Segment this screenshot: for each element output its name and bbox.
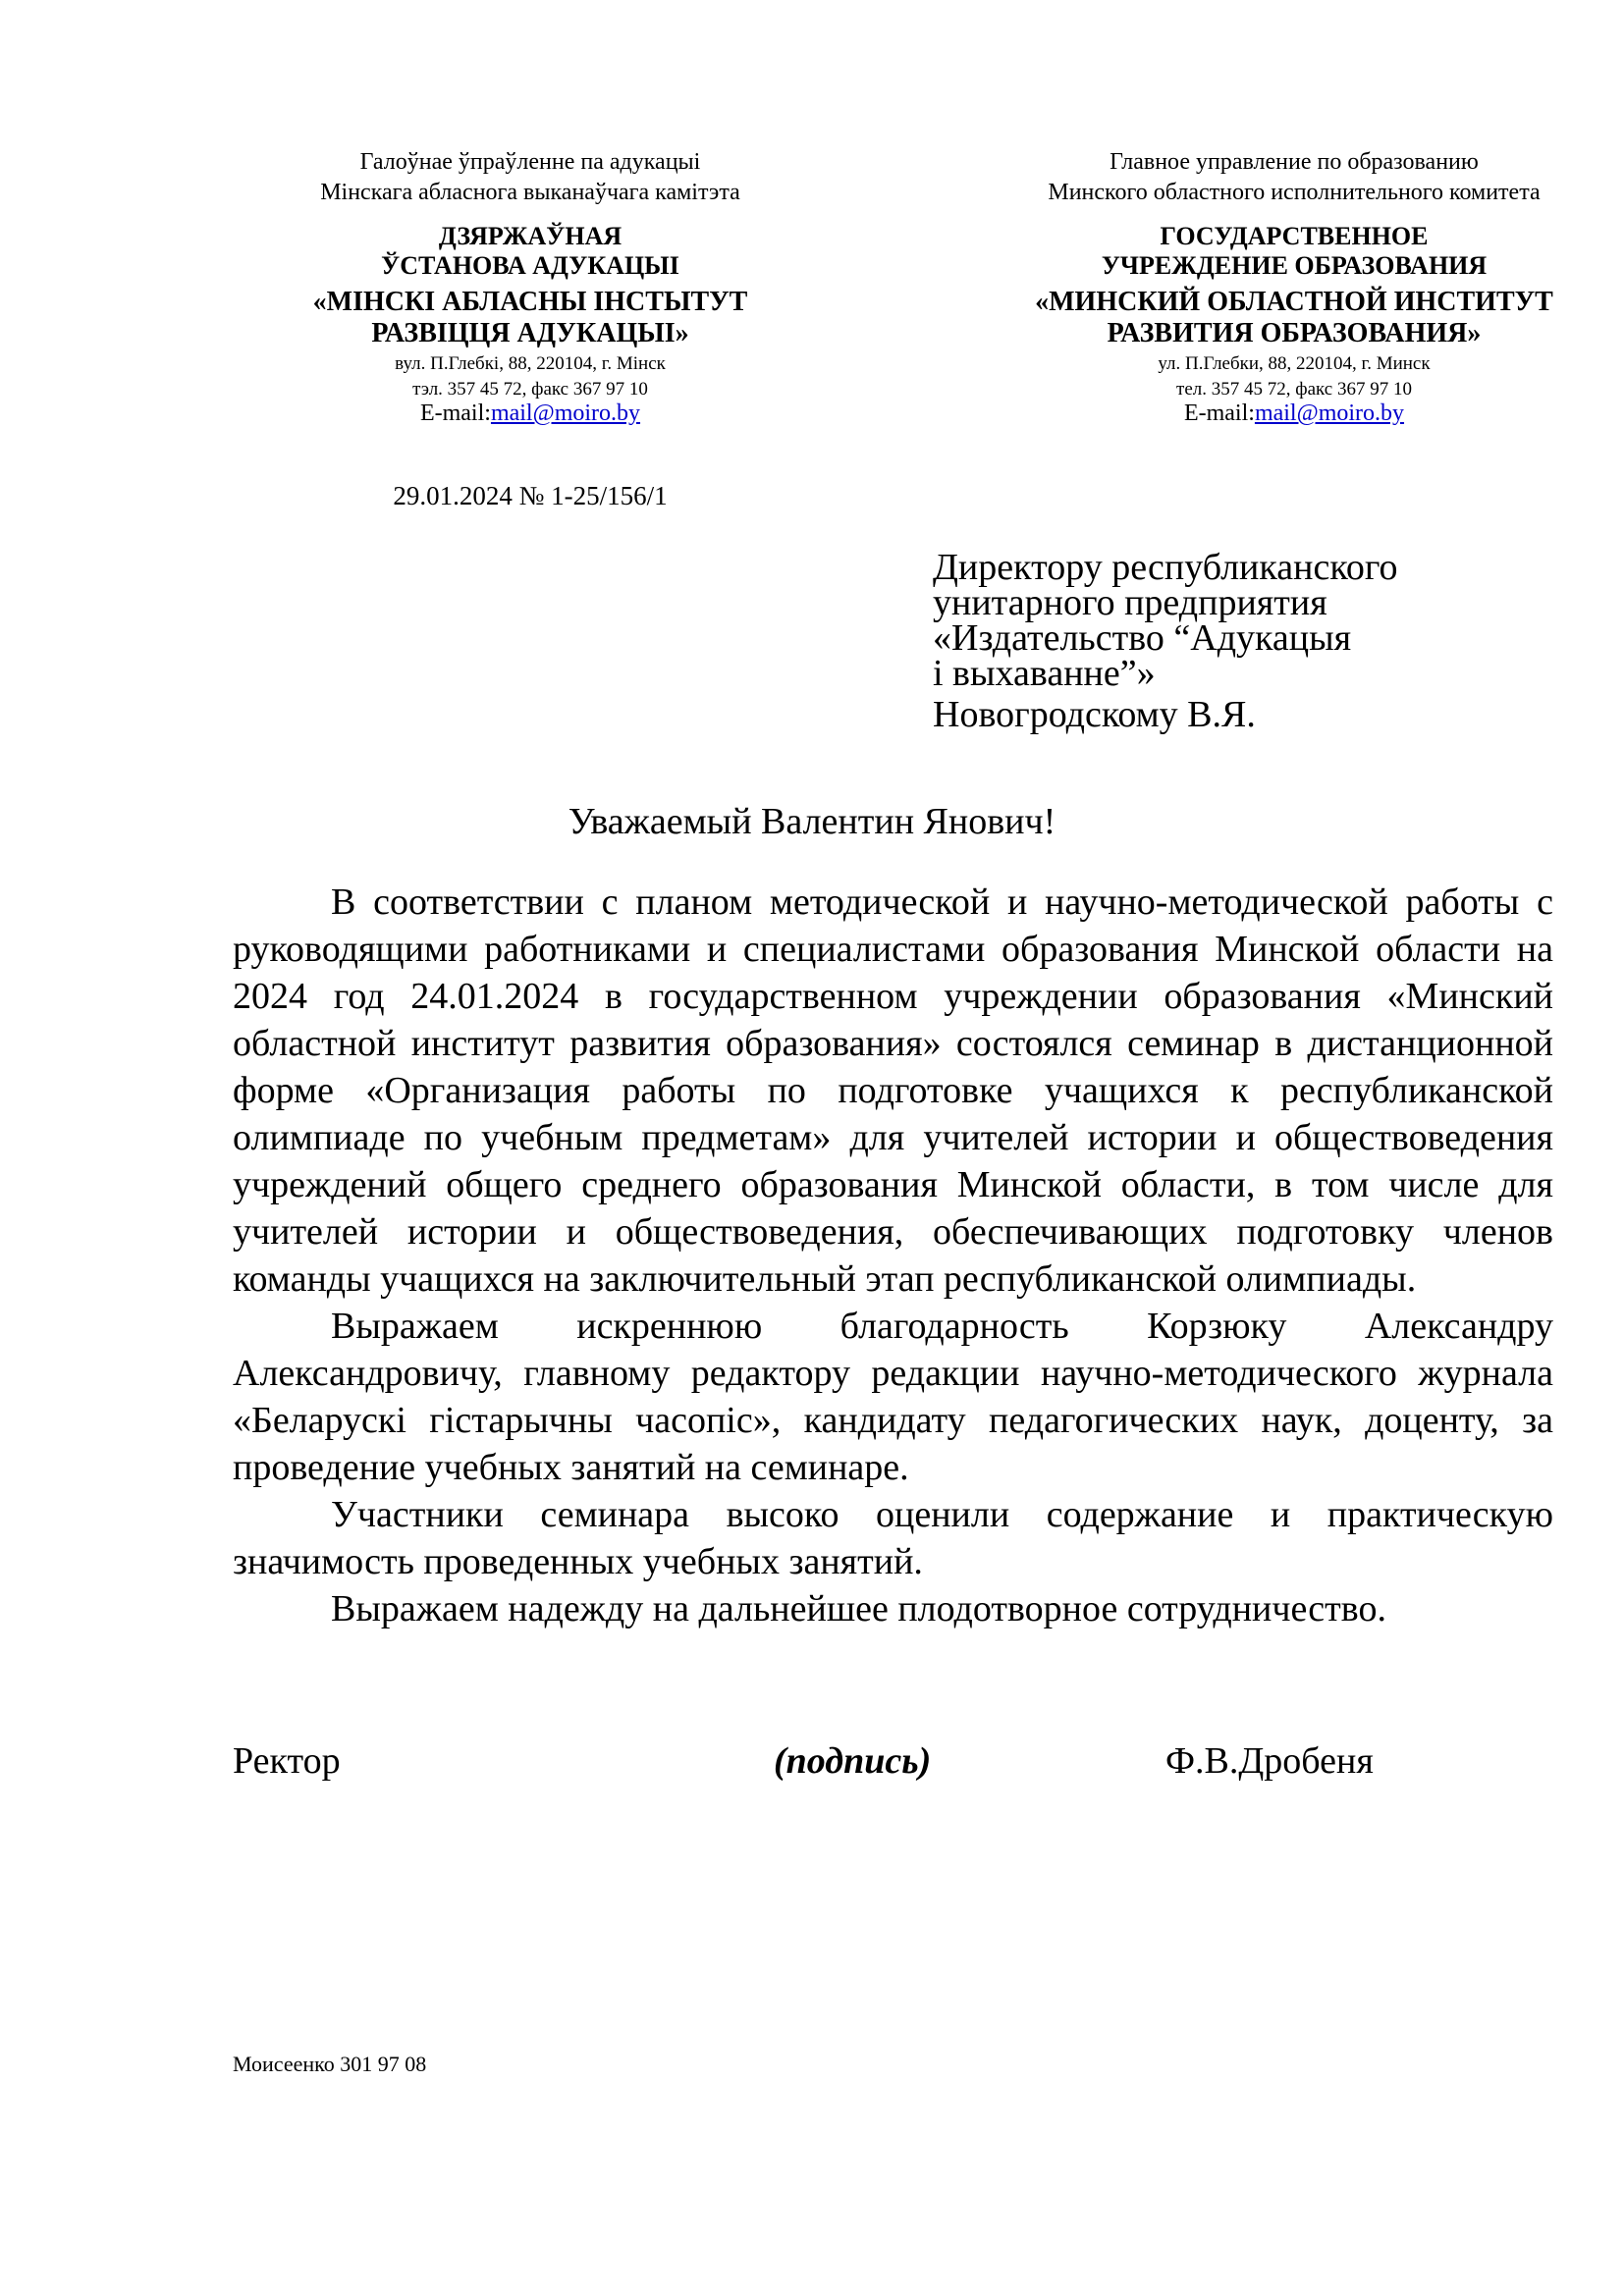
email-line-ru: E-mail:mail@moiro.by: [970, 400, 1618, 426]
addressee-block: Директору республиканского унитарного пр…: [933, 550, 1398, 732]
address-by: вул. П.Глебкі, 88, 220104, г. Мінск: [226, 353, 835, 375]
letterhead-russian: Главное управление по образованию Минско…: [970, 147, 1618, 426]
email-link[interactable]: mail@moiro.by: [491, 400, 640, 426]
institution-name-by: «МІНСКІ АБЛАСНЫ ІНСТЫТУТ РАЗВІЦЦЯ АДУКАЦ…: [226, 287, 835, 349]
signer-name: Ф.В.Дробеня: [1165, 1739, 1374, 1783]
body-paragraph: Участники семинара высоко оценили содерж…: [233, 1491, 1553, 1585]
addressee-name: Новогродскому В.Я.: [933, 697, 1398, 732]
salutation: Уважаемый Валентин Янович!: [0, 800, 1624, 843]
body-paragraph: Выражаем надежду на дальнейшее плодотвор…: [233, 1585, 1553, 1632]
email-label: E-mail:: [420, 400, 491, 426]
addressee-line: унитарного предприятия: [933, 585, 1398, 620]
address-ru: ул. П.Глебки, 88, 220104, г. Минск: [970, 353, 1618, 375]
phone-by: тэл. 357 45 72, факс 367 97 10: [226, 379, 835, 400]
addressee-line: Директору республиканского: [933, 550, 1398, 585]
institution-name-ru: «МИНСКИЙ ОБЛАСТНОЙ ИНСТИТУТ РАЗВИТИЯ ОБР…: [970, 287, 1618, 349]
authority-name-by: Галоўнае ўпраўленне па адукацыі Мінскага…: [226, 147, 835, 208]
addressee-line: і выхаванне”»: [933, 656, 1398, 691]
signature-placeholder: (подпись): [774, 1739, 931, 1783]
registration-number: 29.01.2024 № 1-25/156/1: [226, 481, 835, 511]
authority-name-ru: Главное управление по образованию Минско…: [970, 147, 1618, 208]
body-paragraph: Выражаем искреннюю благодарность Корзюку…: [233, 1303, 1553, 1491]
letterhead-belarusian: Галоўнае ўпраўленне па адукацыі Мінскага…: [226, 147, 835, 426]
body-paragraph: В соответствии с планом методической и н…: [233, 879, 1553, 1303]
letter-body: В соответствии с планом методической и н…: [233, 879, 1553, 1632]
email-label: E-mail:: [1184, 400, 1255, 426]
email-link[interactable]: mail@moiro.by: [1255, 400, 1404, 426]
phone-ru: тел. 357 45 72, факс 367 97 10: [970, 379, 1618, 400]
signer-position: Ректор: [233, 1739, 341, 1783]
institution-type-ru: ГОСУДАРСТВЕННОЕ УЧРЕЖДЕНИЕ ОБРАЗОВАНИЯ: [970, 222, 1618, 281]
email-line-by: E-mail:mail@moiro.by: [226, 400, 835, 426]
executor-contact: Моисеенко 301 97 08: [233, 2052, 426, 2077]
addressee-line: «Издательство “Адукацыя: [933, 620, 1398, 656]
institution-type-by: ДЗЯРЖАЎНАЯ ЎСТАНОВА АДУКАЦЫІ: [226, 222, 835, 281]
